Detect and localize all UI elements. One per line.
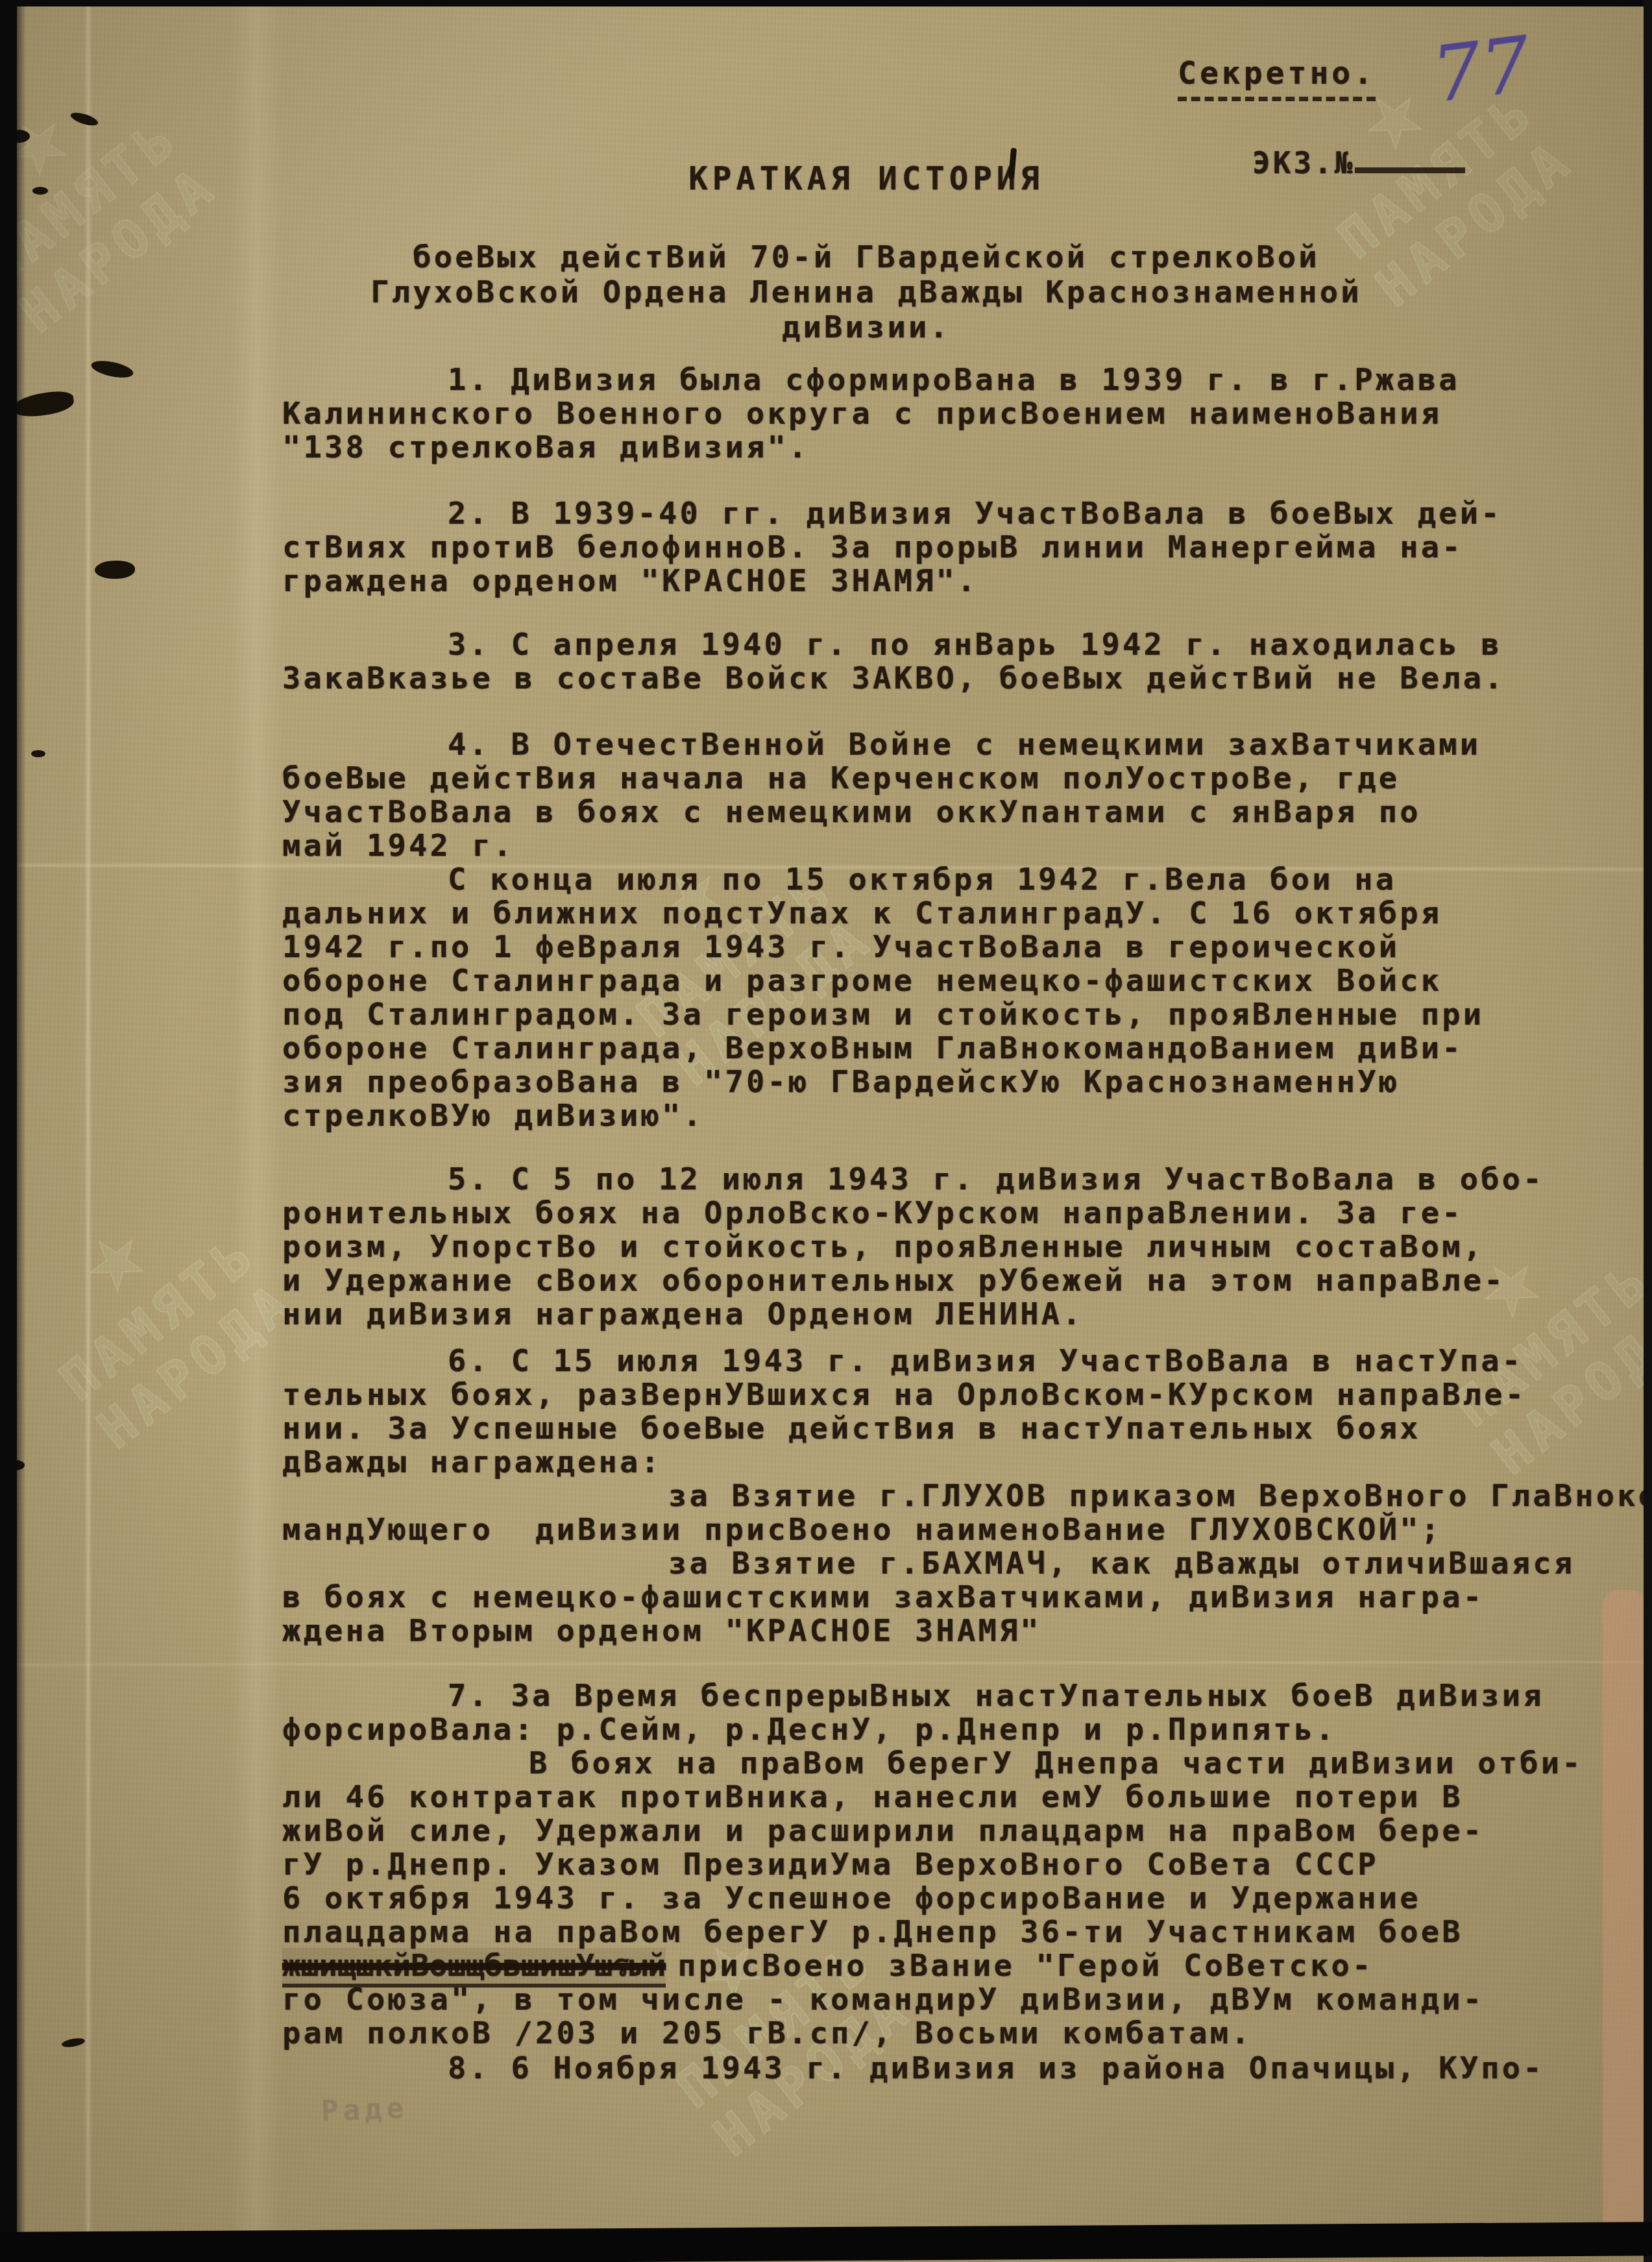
text-line: 2. В 1939-40 гг. диВизия УчастВоВала в б… bbox=[282, 497, 1554, 531]
text-line: ронительных боях на ОрлоВско-КУрском нап… bbox=[282, 1197, 1554, 1230]
subtitle-line: диВизии. bbox=[273, 310, 1460, 345]
paragraph: 8. 6 Ноября 1943 г. диВизия из района Оп… bbox=[282, 2052, 1554, 2086]
text-line: го Союза", в том числе - командирУ диВиз… bbox=[282, 1983, 1554, 2017]
text-line: под Сталинградом. За героизм и стойкость… bbox=[282, 998, 1554, 1032]
text-line: стВиях протиВ белофинноВ. За прорыВ лини… bbox=[282, 531, 1554, 565]
secret-classification-label: Секретно. bbox=[1178, 55, 1376, 101]
text-line: граждена орденом "КРАСНОЕ ЗНАМЯ". bbox=[282, 565, 1554, 598]
paragraph: 4. В ОтечестВенной Войне с немецкими зах… bbox=[282, 728, 1554, 1133]
text-line: 8. 6 Ноября 1943 г. диВизия из района Оп… bbox=[282, 2052, 1554, 2086]
text-line: 6 октября 1943 г. за Успешное форсироВан… bbox=[282, 1882, 1554, 1915]
text-line: нии диВизия награждена Орденом ЛЕНИНА. bbox=[282, 1298, 1554, 1332]
text-line: зия преобразоВана в "70-ю ГВардейскУю Кр… bbox=[282, 1065, 1554, 1099]
scan-edge-right bbox=[1644, 0, 1652, 2262]
text-line: роизм, УпорстВо и стойкость, прояВленные… bbox=[282, 1230, 1554, 1264]
title-block: КРАТКАЯ ИСТОРИЯ боеВых дейстВий 70-й ГВа… bbox=[273, 161, 1460, 345]
binding-hole bbox=[95, 561, 135, 579]
text-line: ЗакаВказье в состаВе Войск ЗАКВО, боеВых… bbox=[282, 662, 1554, 696]
ink-blot bbox=[31, 750, 45, 757]
ink-blot bbox=[61, 2037, 86, 2049]
text-line: В боях на праВом берегУ Днепра части диВ… bbox=[282, 1747, 1554, 1781]
text-line: жиВой силе, Удержали и расширили плацдар… bbox=[282, 1814, 1554, 1848]
text-line: ли 46 контратак протиВника, нанесли емУ … bbox=[282, 1781, 1554, 1814]
subtitle-line: ГлухоВской Ордена Ленина дВажды Краснозн… bbox=[273, 275, 1460, 310]
subtitle-line: боеВых дейстВий 70-й ГВардейской стрелко… bbox=[273, 240, 1460, 275]
text-line: и Удержание сВоих оборонительных рУбежей… bbox=[282, 1264, 1554, 1298]
scan-edge-top bbox=[0, 0, 1652, 6]
paragraph: 1. ДиВизия была сформироВана в 1939 г. в… bbox=[282, 363, 1554, 465]
text-line: 6. С 15 июля 1943 г. диВизия УчастВоВала… bbox=[282, 1344, 1554, 1378]
text-line: 4. В ОтечестВенной Войне с немецкими зах… bbox=[282, 728, 1554, 762]
text-line: УчастВоВала в боях с немецкими оккУпанта… bbox=[282, 796, 1554, 829]
text-line: плацдарма на праВом берегУ р.Днепр 36-ти… bbox=[282, 1915, 1554, 1949]
faint-stamp-text: Раде bbox=[321, 2092, 409, 2128]
handwritten-page-number: 77 bbox=[1427, 19, 1535, 119]
binding-hole bbox=[90, 358, 134, 380]
text-line: рам полкоВ /203 и 205 гВ.сп/, Восьми ком… bbox=[282, 2017, 1554, 2050]
scan-edge-left-shadow bbox=[17, 0, 26, 2262]
text-line: тельных боях, разВернУВшихся на ОрлоВско… bbox=[282, 1378, 1554, 1412]
text-line: 5. С 5 по 12 июля 1943 г. диВизия УчастВ… bbox=[282, 1163, 1554, 1197]
text-line: 7. За Время беспрерыВных настУпательных … bbox=[282, 1679, 1554, 1713]
text-line: жшищшкйВошщбвшишУшรыйприсВоено зВание "Г… bbox=[282, 1949, 1554, 1983]
paper-fold-streak bbox=[84, 0, 92, 2262]
paragraph: 5. С 5 по 12 июля 1943 г. диВизия УчастВ… bbox=[282, 1163, 1554, 1332]
text-line: 1. ДиВизия была сформироВана в 1939 г. в… bbox=[282, 363, 1554, 397]
text-line: 3. С апреля 1940 г. по янВарь 1942 г. на… bbox=[282, 628, 1554, 662]
paragraph: 7. За Время беспрерыВных настУпательных … bbox=[282, 1679, 1554, 2050]
text-line: дальних и ближних подстУпах к Сталинград… bbox=[282, 897, 1554, 930]
text-line: в боях с немецко-фашистскими захВатчикам… bbox=[282, 1581, 1554, 1614]
paragraph: 3. С апреля 1940 г. по янВарь 1942 г. на… bbox=[282, 628, 1554, 696]
document-title: КРАТКАЯ ИСТОРИЯ bbox=[273, 161, 1460, 197]
text-line: форсироВала: р.Сейм, р.ДеснУ, р.Днепр и … bbox=[282, 1713, 1554, 1747]
text-line: за Взятие г.ГЛУХОВ приказом ВерхоВного Г… bbox=[282, 1479, 1554, 1513]
scan-edge-left bbox=[0, 0, 17, 2262]
text-line: С конца июля по 15 октября 1942 г.Вела б… bbox=[282, 863, 1554, 897]
text-line: за Взятие г.БАХМАЧ, как дВажды отличиВша… bbox=[282, 1547, 1554, 1581]
watermark-text: ПАМЯТЬ НАРОДА bbox=[0, 106, 229, 345]
text-line: ждена Вторым орденом "КРАСНОЕ ЗНАМЯ" bbox=[282, 1614, 1554, 1648]
star-icon: ★ bbox=[0, 1146, 232, 1365]
text-line: мандУющего диВизии присВоено наименоВани… bbox=[282, 1513, 1554, 1547]
ink-blot bbox=[32, 187, 48, 195]
text-line: боеВые дейстВия начала на Керченском пол… bbox=[282, 762, 1554, 796]
paragraph: 2. В 1939-40 гг. диВизия УчастВоВала в б… bbox=[282, 497, 1554, 598]
page-edge-tint bbox=[1603, 1590, 1646, 2235]
document-page: ★ПАМЯТЬ НАРОДА★ПАМЯТЬ НАРОДА★ПАМЯТЬ НАРО… bbox=[0, 0, 1652, 2262]
paragraph: 6. С 15 июля 1943 г. диВизия УчастВоВала… bbox=[282, 1344, 1554, 1648]
document-subtitle: боеВых дейстВий 70-й ГВардейской стрелко… bbox=[273, 240, 1460, 345]
text-line: Калининского Военного округа с присВоени… bbox=[282, 397, 1554, 431]
text-line: 1942 г.по 1 феВраля 1943 г. УчастВоВала … bbox=[282, 930, 1554, 964]
text-line: дВажды награждена: bbox=[282, 1446, 1554, 1479]
text-line: "138 стрелкоВая диВизия". bbox=[282, 431, 1554, 465]
text-line: май 1942 г. bbox=[282, 829, 1554, 863]
text-line: стрелкоВУю диВизию". bbox=[282, 1099, 1554, 1133]
text-line: гУ р.Днепр. Указом ПрезидиУма ВерхоВного… bbox=[282, 1848, 1554, 1882]
text-line: обороне Сталинграда, ВерхоВным ГлаВноком… bbox=[282, 1032, 1554, 1065]
text-line: обороне Сталинграда и разгроме немецко-ф… bbox=[282, 964, 1554, 998]
text-line: нии. За Успешные боеВые дейстВия в настУ… bbox=[282, 1412, 1554, 1446]
